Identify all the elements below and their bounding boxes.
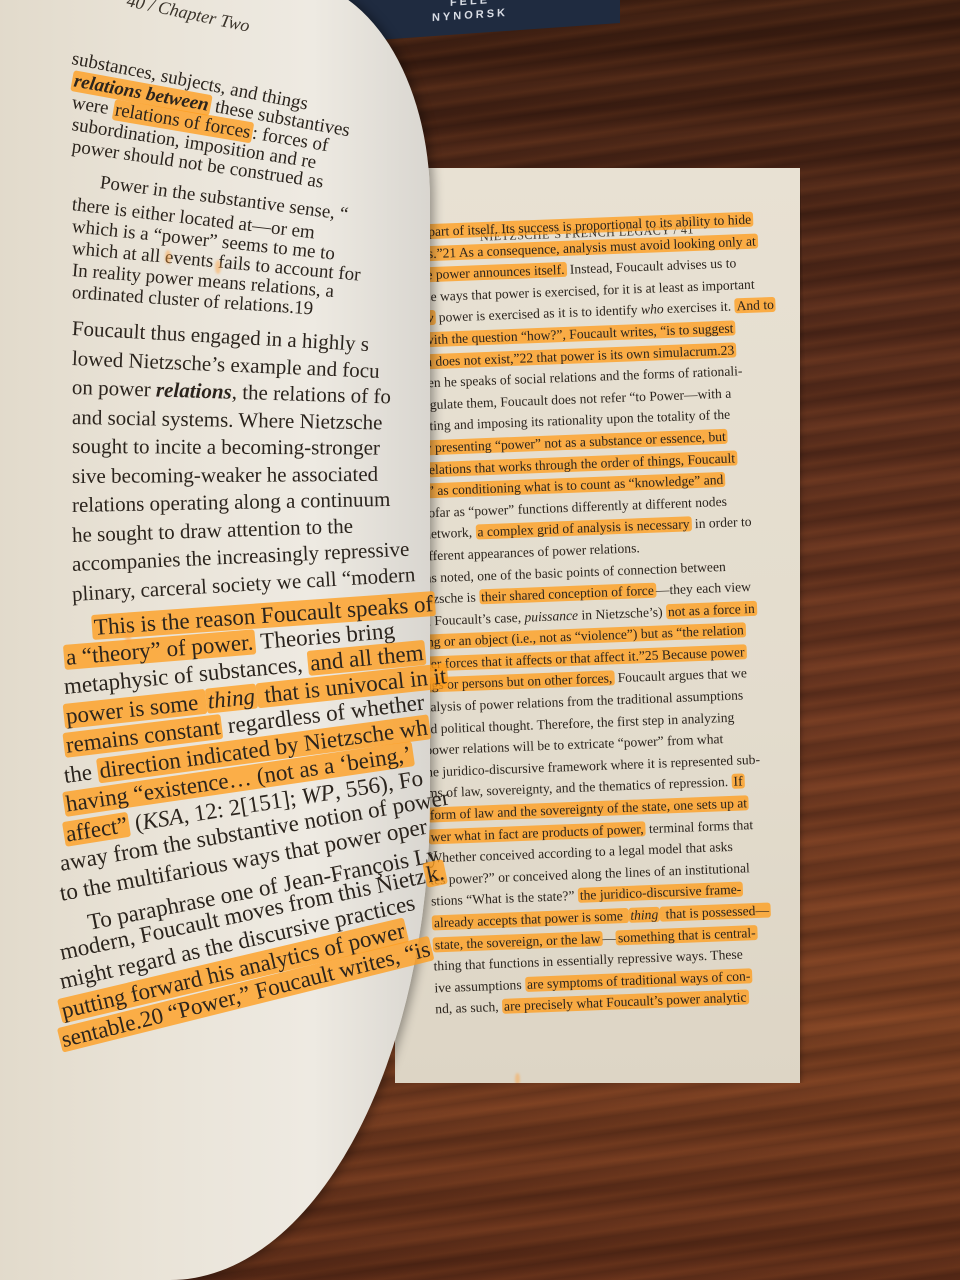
text-segment: Foucault argues that we: [614, 666, 747, 686]
highlighted-text: here power announces itself.: [407, 262, 567, 283]
left-page-running-head: 40 / Chapter Two: [125, 0, 252, 37]
text-segment: nd, as such,: [435, 999, 502, 1017]
text-segment: KSA: [141, 803, 185, 834]
left-page: 40 / Chapter Two substances, subjects, a…: [0, 0, 430, 1280]
text-segment: —they each view: [656, 579, 752, 598]
highlighted-text: state, the sovereign, or the law: [432, 931, 602, 953]
highlighted-text: not as a force in: [666, 600, 757, 618]
text-segment: and social systems. Where Nietzsche: [72, 405, 383, 434]
highlighted-text: thing: [204, 683, 258, 713]
text-segment: in Foucault’s case,: [420, 609, 525, 628]
highlighted-text: their shared conception of force: [479, 583, 656, 605]
highlighted-text: the juridico-discursive frame-: [578, 882, 744, 903]
text-segment: the: [62, 758, 99, 787]
text-segment: in order to: [691, 514, 752, 531]
text-segment: Instead, Foucault advises us to: [566, 256, 736, 278]
highlighter-smudge: [165, 250, 171, 264]
text-segment: stions “What is the state?”: [431, 888, 578, 909]
text-segment: puissance: [524, 607, 578, 624]
text-segment: in Nietzsche’s): [578, 604, 666, 622]
text-line: sive becoming-weaker he associated: [72, 461, 378, 488]
text-segment: exercises it.: [663, 299, 734, 317]
highlighted-text: that is possessed—: [660, 902, 771, 921]
highlighted-text: And to: [734, 297, 776, 314]
highlighter-smudge: [215, 260, 221, 274]
text-line: and social systems. Where Nietzsche: [72, 405, 383, 435]
highlighted-text: thing: [628, 907, 661, 923]
text-segment: , the relations of fo: [231, 380, 391, 409]
text-segment: relations: [156, 377, 233, 403]
text-segment: who: [641, 302, 664, 318]
text-segment: sive becoming-weaker he associated: [72, 461, 378, 487]
text-segment: on power: [72, 375, 157, 401]
right-page: NIETZSCHE’S FRENCH LEGACY / 41 tial part…: [395, 168, 800, 1083]
text-segment: relations operating along a continuum: [72, 487, 391, 517]
text-segment: terminal forms that: [645, 817, 753, 836]
text-segment: —: [602, 930, 616, 946]
right-page-body: tial part of itself. Its success is prop…: [405, 207, 825, 1020]
text-segment: ive assumptions: [434, 977, 525, 995]
highlighted-text: If: [731, 774, 745, 789]
text-line: sought to incite a becoming-stronger: [72, 434, 380, 461]
highlighted-text: something that is central-: [616, 925, 758, 945]
highlighted-text: a complex grid of analysis is necessary: [475, 517, 692, 540]
text-segment: sought to incite a becoming-stronger: [72, 434, 380, 460]
highlighter-smudge: [125, 630, 131, 644]
